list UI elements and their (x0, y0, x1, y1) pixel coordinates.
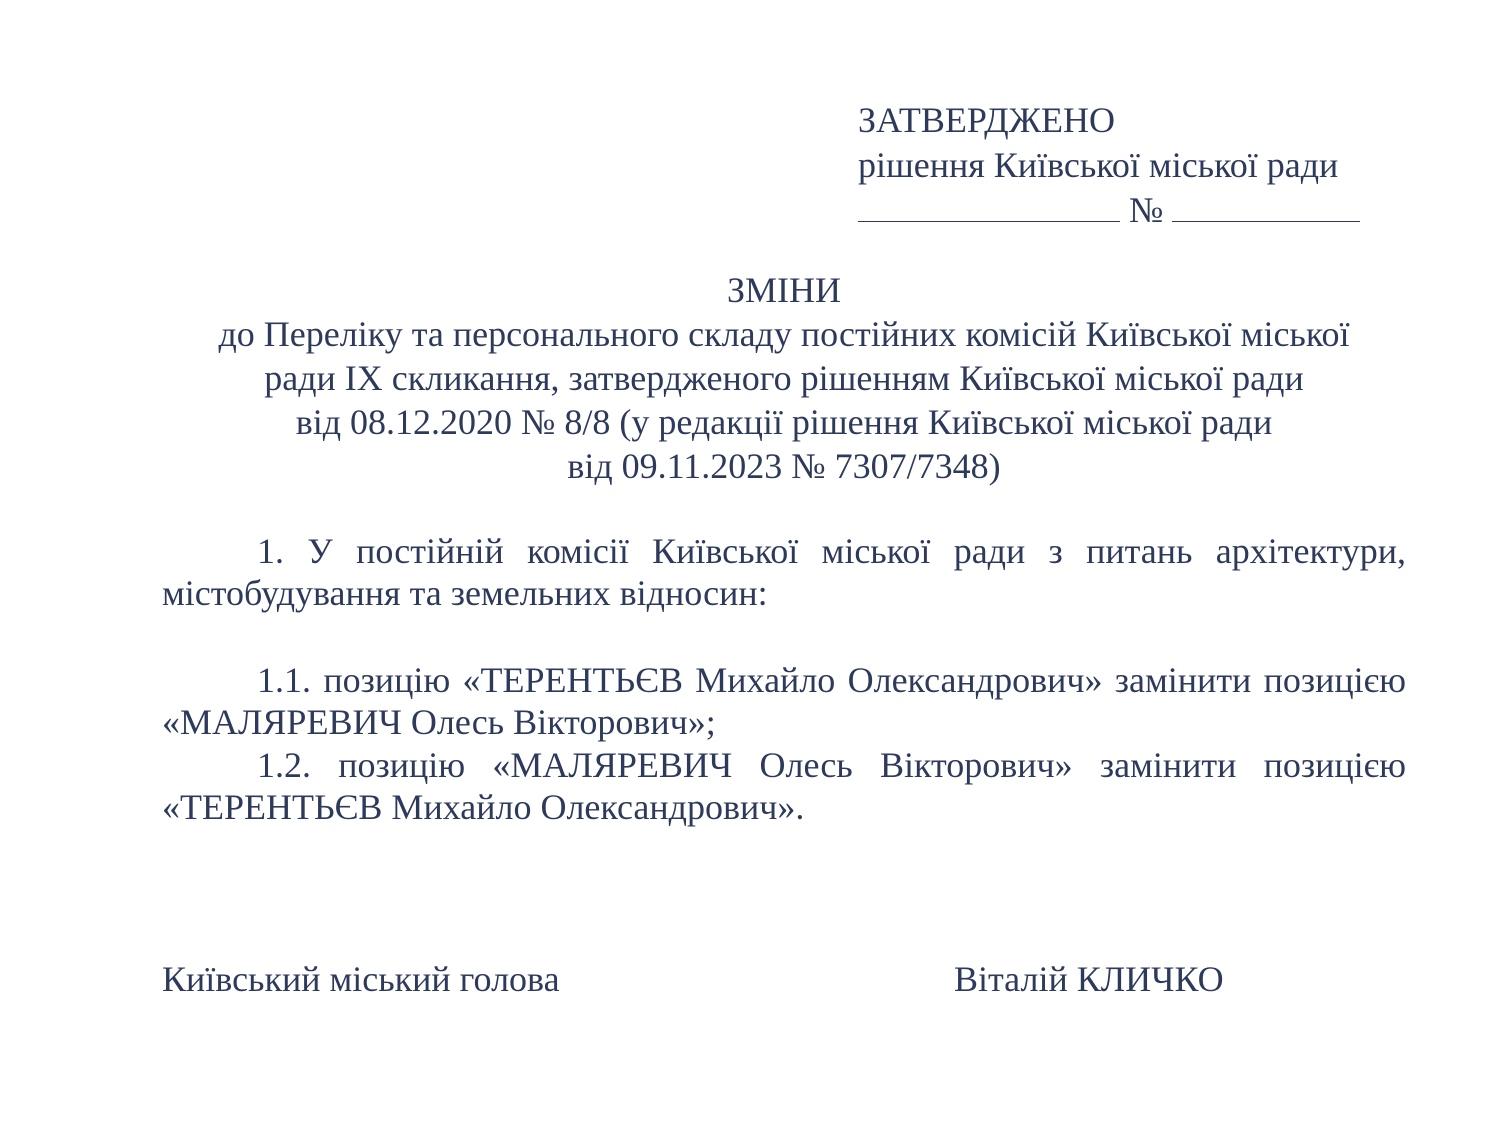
approval-heading: ЗАТВЕРДЖЕНО (858, 98, 1360, 143)
document-title: ЗМІНИ до Переліку та персонального склад… (162, 268, 1406, 488)
approval-stamp: ЗАТВЕРДЖЕНО рішення Київської міської ра… (858, 98, 1360, 233)
number-sign: № (1129, 190, 1163, 230)
paragraph-1-1: 1.1. позицію «ТЕРЕНТЬЄВ Михайло Олександ… (162, 659, 1406, 743)
title-line: до Переліку та персонального складу пост… (162, 312, 1406, 356)
approval-subtitle: рішення Київської міської ради (858, 143, 1360, 188)
signatory-position: Київський міський голова (162, 958, 560, 1000)
title-line: від 09.11.2023 № 7307/7348) (162, 444, 1406, 488)
date-blank (858, 191, 1120, 222)
number-blank (1172, 191, 1360, 222)
signatory-name: Віталій КЛИЧКО (954, 958, 1224, 1000)
title-line: ради IX скликання, затвердженого рішення… (162, 356, 1406, 400)
paragraph-1-2: 1.2. позицію «МАЛЯРЕВИЧ Олесь Вікторович… (162, 744, 1406, 828)
title-line: від 08.12.2020 № 8/8 (у редакції рішення… (162, 400, 1406, 444)
paragraph-1: 1. У постійній комісії Київської міської… (162, 530, 1406, 614)
title-heading: ЗМІНИ (162, 268, 1406, 312)
approval-number-line: № (858, 188, 1360, 233)
